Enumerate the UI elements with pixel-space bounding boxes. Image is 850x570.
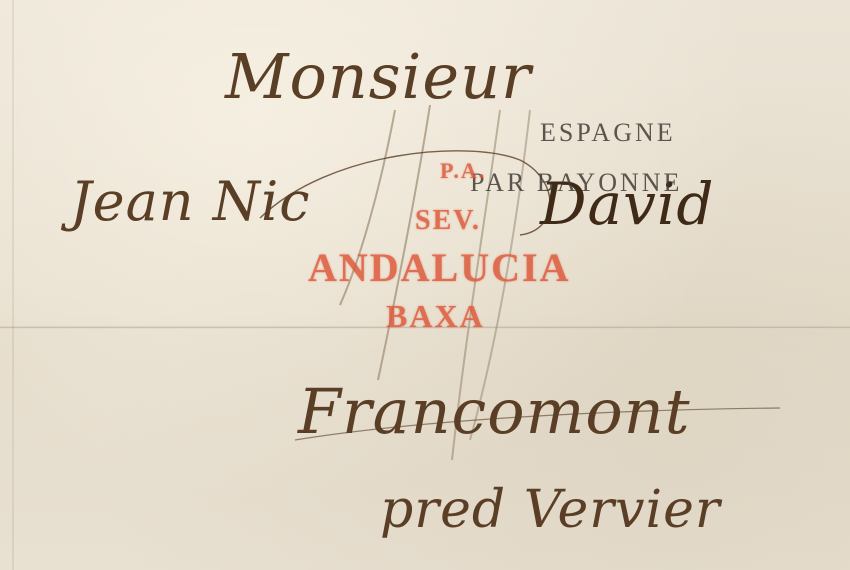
red-postmark-line1: P.A.: [440, 158, 486, 184]
recipient-first-name: Jean Nic: [70, 170, 311, 233]
red-postmark-line2: SEV.: [415, 205, 481, 237]
red-postmark-line4: BAXA: [386, 298, 485, 335]
locality-text: pred Vervier: [380, 480, 721, 540]
town-text: Francomont: [298, 375, 691, 448]
black-postmark-line2: PAR BAYONNE: [470, 168, 682, 198]
salutation-text: Monsieur: [225, 40, 532, 113]
black-postmark-line1: ESPAGNE: [540, 118, 676, 148]
red-postmark-line3: ANDALUCIA: [308, 244, 570, 291]
